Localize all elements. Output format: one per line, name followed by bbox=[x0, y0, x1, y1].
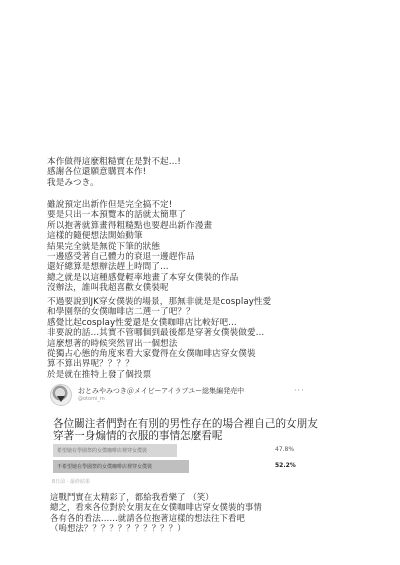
poll-option-label: 希望她在學園祭的女僕咖啡店裡穿女僕裝 bbox=[57, 447, 147, 454]
afterword-body-2: 不過要說到JK穿女僕裝的場景，那無非就是是cosplay性愛 和學園祭的女僕咖啡… bbox=[47, 297, 271, 380]
text-line: 這樣的隨便想法開始動筆 bbox=[47, 231, 238, 241]
avatar-mark-icon bbox=[57, 396, 65, 402]
text-line: 各有各的看法……就請各位抱著這樣的想法往下看吧 bbox=[50, 513, 262, 523]
afterword-body-1: 雖說預定出新作但是完全搞不定! 要是只出一本預覽本的話就太簡單了 所以抱著就算畫… bbox=[47, 200, 238, 294]
text-line: 我是みつき。 bbox=[47, 178, 181, 188]
poll-option-percent: 47.8% bbox=[275, 446, 294, 453]
text-line: 結果完全就是無從下筆的狀態 bbox=[47, 242, 238, 252]
tweet-handle: @otomi_m bbox=[78, 396, 105, 402]
text-line: 從獨占心態的角度來看大家覺得在女僕咖啡店穿女僕裝 bbox=[47, 349, 271, 359]
text-line: 總之，看來各位對於女朋友在女僕咖啡店穿女僕裝的事情 bbox=[50, 502, 262, 512]
afterword-conclusion: 這戰鬥實在太精彩了，都給我看樂了 （笑） 總之，看來各位對於女朋友在女僕咖啡店穿… bbox=[50, 492, 262, 534]
text-line: 各位關注者們對在有別的男性存在的場合裡自己的女朋友 bbox=[53, 418, 318, 430]
tweet-author-name: おとみやみつき＠メイビーアイラブユー総集編発売中 bbox=[78, 386, 244, 396]
text-line: 雖說預定出新作但是完全搞不定! bbox=[47, 200, 238, 210]
text-line: 總之就是以這種感覺輕率地畫了本穿女僕裝的作品 bbox=[47, 273, 238, 283]
text-line: 一邊感受著自己體力的衰退一邊趕作品 bbox=[47, 252, 238, 262]
text-line: 這戰鬥實在太精彩了，都給我看樂了 （笑） bbox=[50, 492, 262, 502]
text-line: 感覺比起cosplay性愛還是女僕咖啡店比較好吧… bbox=[47, 318, 271, 328]
text-line: 穿著一身煽情的衣服的事情怎麼看呢 bbox=[53, 430, 318, 442]
text-line: 不過要說到JK穿女僕裝的場景，那無非就是是cosplay性愛 bbox=[47, 297, 271, 307]
text-line: 於是就在推特上發了個投票 bbox=[47, 370, 271, 380]
text-line: 沒辦法，誰叫我超喜歡女僕裝呢 bbox=[47, 283, 238, 293]
poll-option: 不希望她在學園祭的女僕咖啡店裡穿女僕裝 52.2% bbox=[53, 460, 313, 473]
poll-question: 各位關注者們對在有別的男性存在的場合裡自己的女朋友 穿著一身煽情的衣服的事情怎麼… bbox=[53, 418, 318, 443]
text-line: 本作做得這麼粗糙實在是對不起…! bbox=[47, 157, 181, 167]
poll-results: 希望她在學園祭的女僕咖啡店裡穿女僕裝 47.8% 不希望她在學園祭的女僕咖啡店裡… bbox=[53, 444, 313, 476]
more-options-icon: ··· bbox=[294, 386, 305, 395]
text-line: 要是只出一本預覽本的話就太簡單了 bbox=[47, 210, 238, 220]
text-line: 所以抱著就算畫得粗糙點也要趕出新作漫畫 bbox=[47, 221, 238, 231]
poll-option-percent: 52.2% bbox=[275, 462, 296, 469]
text-line: 和學園祭的女僕咖啡店二選一了吧？？ bbox=[47, 307, 271, 317]
text-line: 這麼想著的時候突然冒出一個想法 bbox=[47, 339, 271, 349]
text-line: 還好總算是想辦法趕上時間了… bbox=[47, 262, 238, 272]
poll-meta: 8日前 · 最終結果 bbox=[52, 478, 90, 485]
text-line: 非要說的話…其實不管哪個到最後都是穿著女僕裝做愛… bbox=[47, 328, 271, 338]
afterword-intro: 本作做得這麼粗糙實在是對不起…! 感謝各位還願意購買本作! 我是みつき。 bbox=[47, 157, 181, 188]
poll-option-label: 不希望她在學園祭的女僕咖啡店裡穿女僕裝 bbox=[57, 463, 152, 470]
text-line: （嗚想法？？？？？？？？？？？） bbox=[50, 523, 262, 533]
text-line: 感謝各位還願意購買本作! bbox=[47, 167, 181, 177]
poll-option: 希望她在學園祭的女僕咖啡店裡穿女僕裝 47.8% bbox=[53, 444, 313, 457]
tweet-header: おとみやみつき＠メイビーアイラブユー総集編発売中 @otomi_m ··· bbox=[50, 384, 350, 408]
text-line: 算不算出界呢？？？？ bbox=[47, 359, 271, 369]
avatar bbox=[50, 384, 72, 406]
